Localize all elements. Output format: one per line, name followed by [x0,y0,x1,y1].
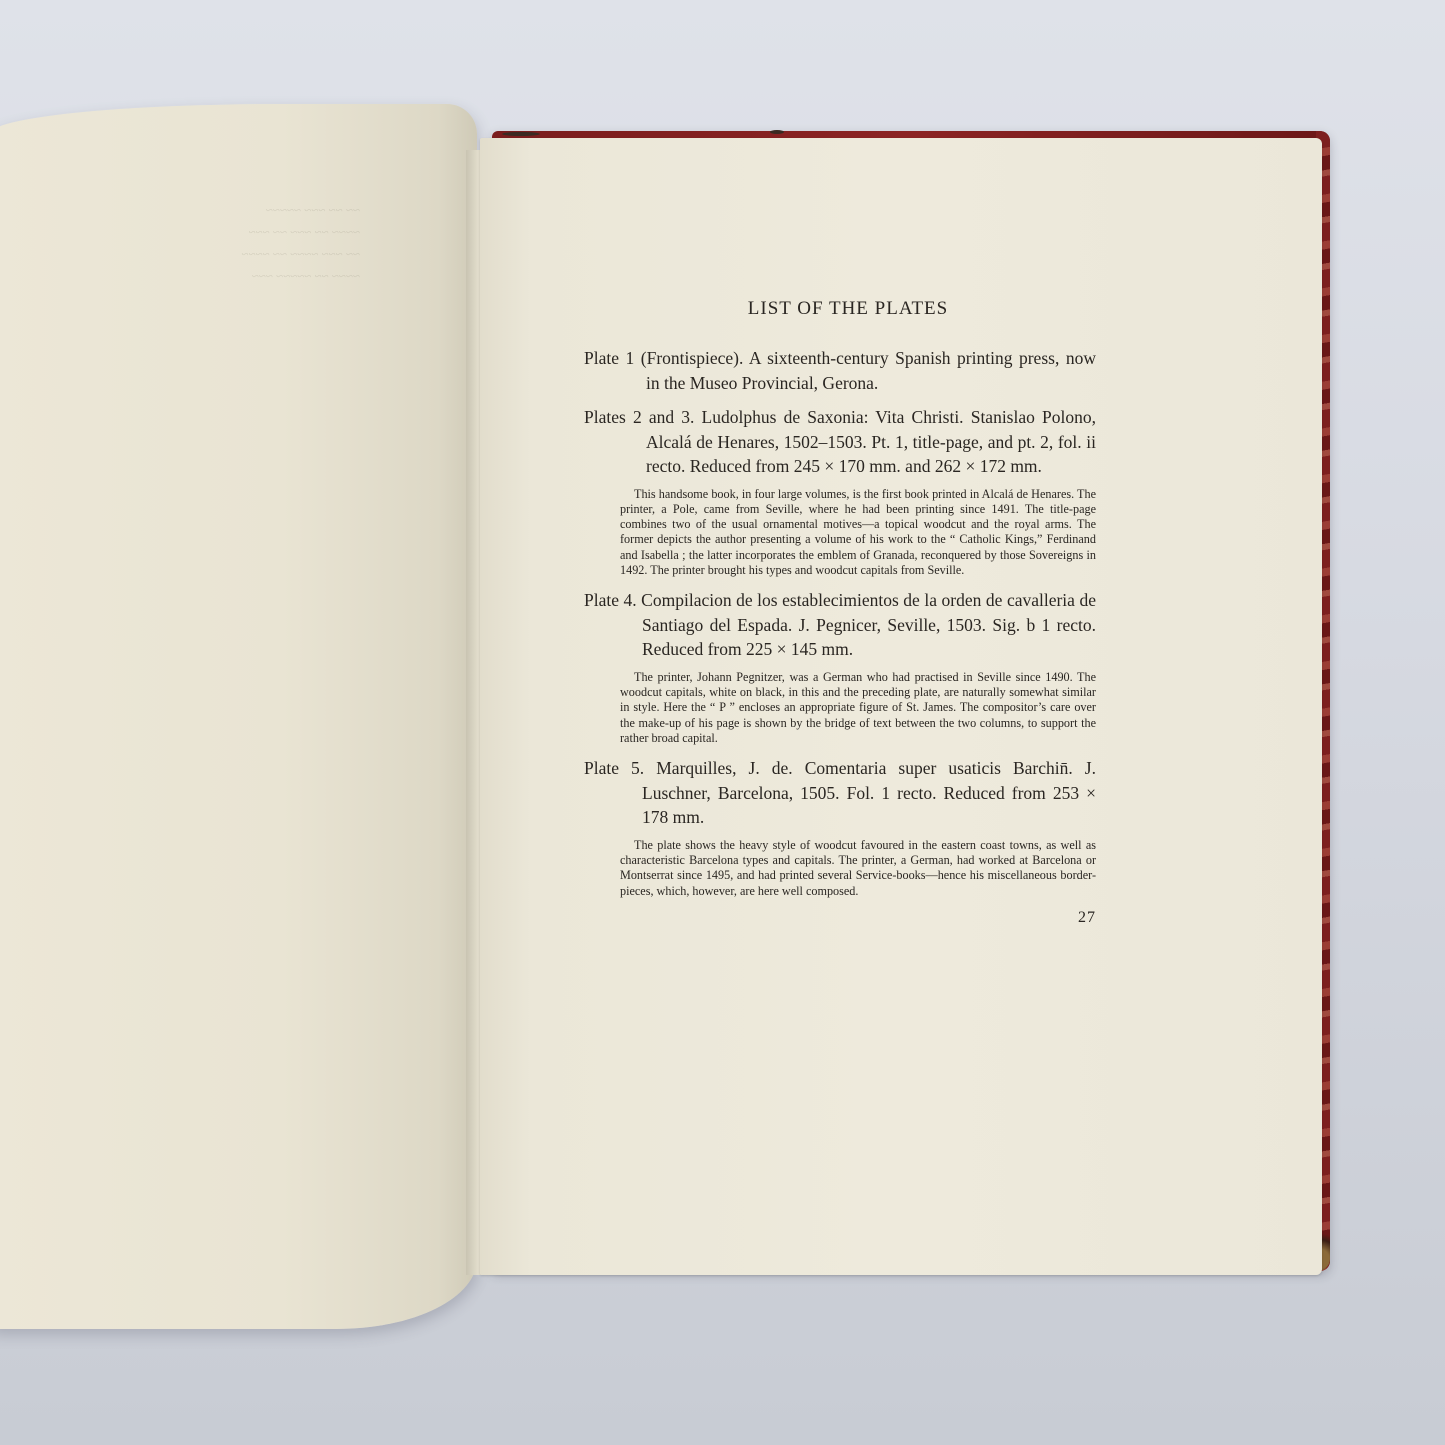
plate-entry-title: Plates 2 and 3. Ludolphus de Saxonia: Vi… [584,405,1096,479]
page-number: 27 [584,909,1096,927]
plate-entry: Plate 1 (Frontispiece). A sixteenth-cent… [584,346,1096,395]
plate-entry-note: This handsome book, in four large volume… [620,487,1096,579]
plate-entry: Plate 4. Compilacion de los establecimie… [584,588,1096,746]
show-through-text: ~~ ~~ ~~~ ~~~~~ ~~~~ ~~ ~~~ ~~ ~~~ ~~ ~~… [90,199,360,287]
page-edge-speck [770,130,784,134]
plate-entry-title: Plate 4. Compilacion de los establecimie… [584,588,1096,662]
left-page: ~~ ~~ ~~~ ~~~~~ ~~~~ ~~ ~~~ ~~ ~~~ ~~ ~~… [0,104,477,1329]
plate-entry-note: The printer, Johann Pegnitzer, was a Ger… [620,670,1096,746]
right-page: LIST OF THE PLATES Plate 1 (Frontispiece… [480,138,1322,1275]
page-heading: LIST OF THE PLATES [584,298,1096,320]
plate-entry: Plate 5. Marquilles, J. de. Comentaria s… [584,756,1096,899]
plate-entry: Plates 2 and 3. Ludolphus de Saxonia: Vi… [584,405,1096,578]
page-edge-speck [502,132,540,136]
plate-entry-title: Plate 1 (Frontispiece). A sixteenth-cent… [584,346,1096,395]
photo-scene: ~~ ~~ ~~~ ~~~~~ ~~~~ ~~ ~~~ ~~ ~~~ ~~ ~~… [0,0,1445,1445]
page-content: LIST OF THE PLATES Plate 1 (Frontispiece… [584,298,1096,927]
plate-entry-note: The plate shows the heavy style of woodc… [620,838,1096,899]
plate-entry-title: Plate 5. Marquilles, J. de. Comentaria s… [584,756,1096,830]
